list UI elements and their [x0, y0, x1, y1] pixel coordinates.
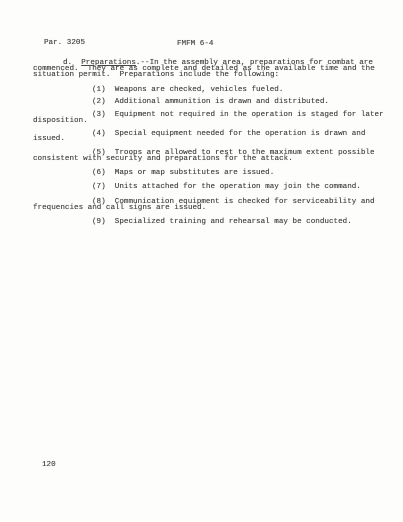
list-item-7: (7) Units attached for the operation may…: [33, 185, 385, 191]
list-item-9: (9) Specialized training and rehearsal m…: [33, 220, 385, 226]
list-item-2-line-1: (2) Additional ammunition is drawn and d…: [33, 100, 385, 106]
list-item-3: (3) Equipment not required in the operat…: [33, 113, 385, 125]
list-item-5: (5) Troops are allowed to rest to the ma…: [33, 151, 385, 163]
list-item-9-line-1: (9) Specialized training and rehearsal m…: [33, 220, 385, 226]
list-item-4: (4) Special equipment needed for the ope…: [33, 132, 385, 144]
list-item-8: (8) Communication equipment is checked f…: [33, 200, 385, 212]
list-item-7-line-1: (7) Units attached for the operation may…: [33, 185, 385, 191]
document-page: Par. 3205 FMFM 6-4 d. Preparations.--In …: [0, 0, 403, 522]
list-item-5-line-2: consistent with security and preparation…: [33, 157, 385, 163]
list-item-4-line-2: issued.: [33, 137, 385, 143]
paragraph-d: d. Preparations.--In the assembly area, …: [33, 61, 385, 78]
list-item-8-line-2: frequencies and call signs are issued.: [33, 206, 385, 212]
list-item-1-line-1: (1) Weapons are checked, vehicles fueled…: [33, 88, 385, 94]
list-item-6-line-1: (6) Maps or map substitutes are issued.: [33, 171, 385, 177]
list-item-6: (6) Maps or map substitutes are issued.: [33, 171, 385, 177]
paragraph-d-line-3: situation permit. Preparations include t…: [33, 73, 385, 79]
list-item-2: (2) Additional ammunition is drawn and d…: [33, 100, 385, 106]
list-item-1: (1) Weapons are checked, vehicles fueled…: [33, 88, 385, 94]
list-item-3-line-2: disposition.: [33, 119, 385, 125]
body-text: d. Preparations.--In the assembly area, …: [0, 0, 403, 522]
page-number: 120: [42, 461, 56, 469]
